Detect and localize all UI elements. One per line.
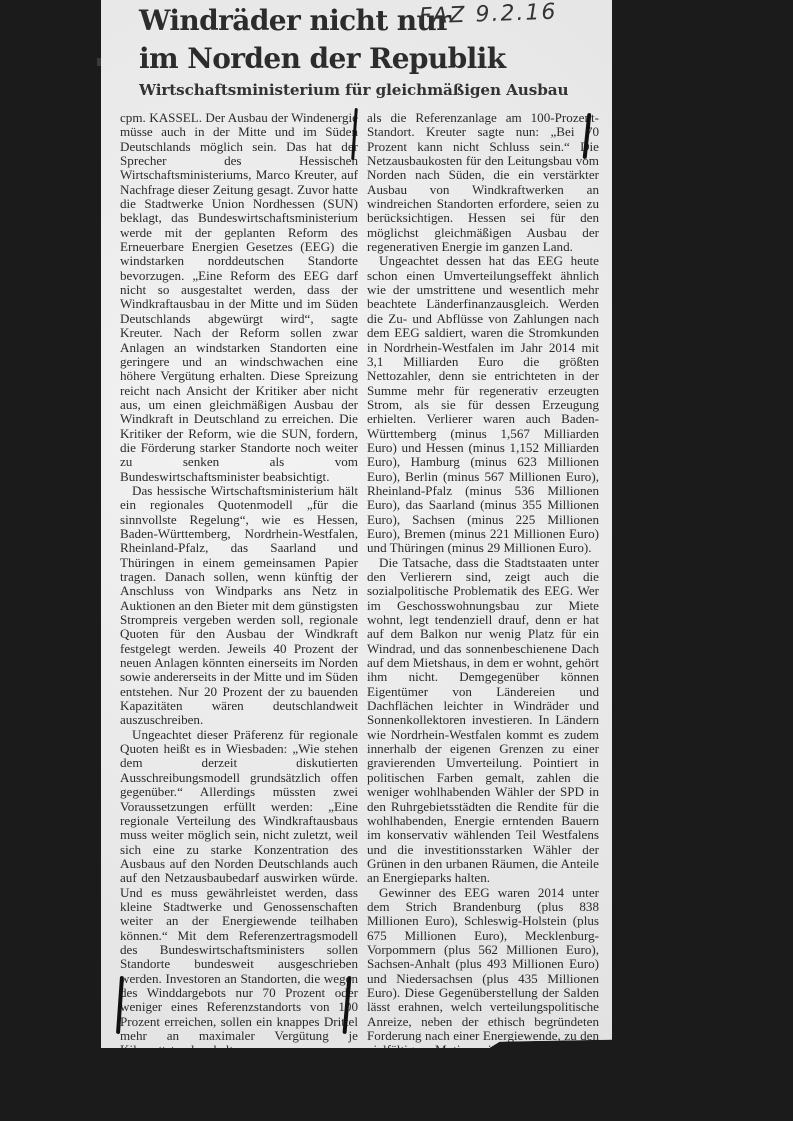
headline-line-1: Windräder nicht nur [139, 4, 450, 37]
handwritten-source-note: FAZ 9.2.16 [419, 0, 558, 29]
paragraph: Gewinner des EEG waren 2014 unter dem St… [367, 886, 599, 1072]
paragraph: Ungeachtet dieser Präferenz für regional… [120, 728, 358, 1058]
right-column: als die Referenzanlage am 100-Prozent-St… [367, 111, 599, 1072]
newspaper-clipping: Windräder nicht nur im Norden der Republ… [101, 0, 612, 1048]
left-column: cpm. KASSEL. Der Ausbau der Windenergie … [120, 111, 358, 1058]
paragraph: Das hessische Wirtschaftsministerium häl… [120, 484, 358, 728]
paragraph: cpm. KASSEL. Der Ausbau der Windenergie … [120, 111, 358, 484]
paragraph: Die Tatsache, dass die Stadtstaaten unte… [367, 556, 599, 886]
paragraph: als die Referenzanlage am 100-Prozent-St… [367, 111, 599, 254]
subheadline: Wirtschaftsministerium für gleichmäßigen… [139, 80, 568, 100]
headline-line-2: im Norden der Republik [139, 42, 506, 75]
paragraph: Ungeachtet dessen hat das EEG heute scho… [367, 254, 599, 555]
